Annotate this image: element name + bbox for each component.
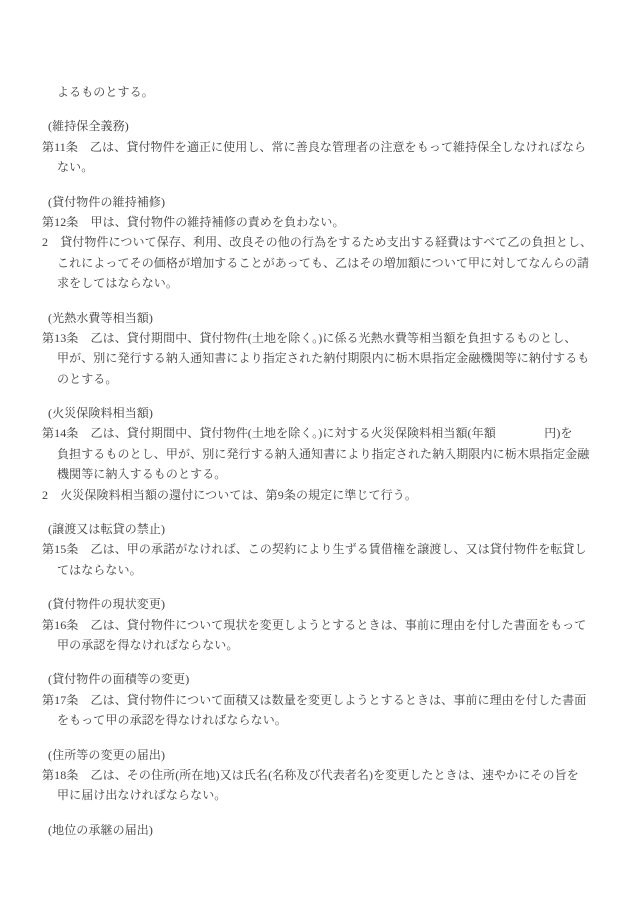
clause-paragraph: 2 貸付物件について保存、利用、改良その他の行為をするため支出する経費はすべて乙… bbox=[42, 232, 592, 293]
text-line: 求をしてはならない。 bbox=[42, 273, 592, 293]
text-line: (貸付物件の維持補修) bbox=[42, 192, 592, 212]
article-paragraph: 第13条 乙は、貸付期間中、貸付物件(土地を除く。)に係る光熱水費等相当額を負担… bbox=[42, 328, 592, 389]
text-line: (住所等の変更の届出) bbox=[42, 745, 592, 765]
text-line: 機関等に納入するものとする。 bbox=[42, 464, 592, 484]
document-page: よるものとする。(維持保全義務)第11条 乙は、貸付物件を適正に使用し、常に善良… bbox=[0, 0, 630, 915]
text-line: (地位の承継の届出) bbox=[42, 820, 592, 840]
text-line: 第11条 乙は、貸付物件を適正に使用し、常に善良な管理者の注意をもって維持保全し… bbox=[42, 137, 592, 157]
text-line: をもって甲の承認を得なければならない。 bbox=[42, 710, 592, 730]
article-paragraph: 第14条 乙は、貸付期間中、貸付物件(土地を除く。)に対する火災保険料相当額(年… bbox=[42, 423, 592, 484]
text-line: 負担するものとし、甲が、別に発行する納入通知書により指定された納入期限内に栃木県… bbox=[42, 444, 592, 464]
article-paragraph: 第15条 乙は、甲の承諾がなければ、この契約により生ずる賃借権を譲渡し、又は貸付… bbox=[42, 539, 592, 580]
text-line: (譲渡又は転貸の禁止) bbox=[42, 519, 592, 539]
article-paragraph: 第12条 甲は、貸付物件の維持補修の責めを負わない。 bbox=[42, 212, 592, 232]
text-line: 第17条 乙は、貸付物件について面積又は数量を変更しようとするときは、事前に理由… bbox=[42, 690, 592, 710]
text-line: 2 火災保険料相当額の還付については、第9条の規定に準じて行う。 bbox=[42, 485, 592, 505]
text-line: 第13条 乙は、貸付期間中、貸付物件(土地を除く。)に係る光熱水費等相当額を負担… bbox=[42, 328, 592, 348]
text-line: 甲が、別に発行する納入通知書により指定された納付期限内に栃木県指定金融機関等に納… bbox=[42, 348, 592, 368]
text-line: よるものとする。 bbox=[42, 82, 592, 102]
text-line: 第18条 乙は、その住所(所在地)又は氏名(名称及び代表者名)を変更したときは、… bbox=[42, 765, 592, 785]
document-body: よるものとする。(維持保全義務)第11条 乙は、貸付物件を適正に使用し、常に善良… bbox=[42, 82, 592, 840]
text-line: 第14条 乙は、貸付期間中、貸付物件(土地を除く。)に対する火災保険料相当額(年… bbox=[42, 423, 592, 443]
text-line: 第16条 乙は、貸付物件について現状を変更しようとするときは、事前に理由を付した… bbox=[42, 615, 592, 635]
text-line: てはならない。 bbox=[42, 560, 592, 580]
text-line: ない。 bbox=[42, 157, 592, 177]
text-line: 甲の承認を得なければならない。 bbox=[42, 635, 592, 655]
article-heading: (譲渡又は転貸の禁止) bbox=[42, 519, 592, 539]
text-line: 2 貸付物件について保存、利用、改良その他の行為をするため支出する経費はすべて乙… bbox=[42, 232, 592, 252]
article-paragraph: 第17条 乙は、貸付物件について面積又は数量を変更しようとするときは、事前に理由… bbox=[42, 690, 592, 731]
continuation-paragraph: よるものとする。 bbox=[42, 82, 592, 102]
text-line: 甲に届け出なければならない。 bbox=[42, 785, 592, 805]
text-line: これによってその価格が増加することがあっても、乙はその増加額について甲に対してな… bbox=[42, 253, 592, 273]
text-line: (維持保全義務) bbox=[42, 116, 592, 136]
text-line: (貸付物件の現状変更) bbox=[42, 594, 592, 614]
article-paragraph: 第18条 乙は、その住所(所在地)又は氏名(名称及び代表者名)を変更したときは、… bbox=[42, 765, 592, 806]
text-line: (貸付物件の面積等の変更) bbox=[42, 669, 592, 689]
text-line: (光熱水費等相当額) bbox=[42, 308, 592, 328]
article-heading: (貸付物件の現状変更) bbox=[42, 594, 592, 614]
text-line: 第12条 甲は、貸付物件の維持補修の責めを負わない。 bbox=[42, 212, 592, 232]
article-heading: (貸付物件の面積等の変更) bbox=[42, 669, 592, 689]
article-heading: (貸付物件の維持補修) bbox=[42, 192, 592, 212]
article-heading: (住所等の変更の届出) bbox=[42, 745, 592, 765]
text-line: のとする。 bbox=[42, 369, 592, 389]
article-heading: (維持保全義務) bbox=[42, 116, 592, 136]
article-paragraph: 第11条 乙は、貸付物件を適正に使用し、常に善良な管理者の注意をもって維持保全し… bbox=[42, 137, 592, 178]
text-line: 第15条 乙は、甲の承諾がなければ、この契約により生ずる賃借権を譲渡し、又は貸付… bbox=[42, 539, 592, 559]
text-line: (火災保険料相当額) bbox=[42, 403, 592, 423]
clause-paragraph: 2 火災保険料相当額の還付については、第9条の規定に準じて行う。 bbox=[42, 485, 592, 505]
article-heading: (地位の承継の届出) bbox=[42, 820, 592, 840]
article-heading: (光熱水費等相当額) bbox=[42, 308, 592, 328]
article-paragraph: 第16条 乙は、貸付物件について現状を変更しようとするときは、事前に理由を付した… bbox=[42, 615, 592, 656]
article-heading: (火災保険料相当額) bbox=[42, 403, 592, 423]
